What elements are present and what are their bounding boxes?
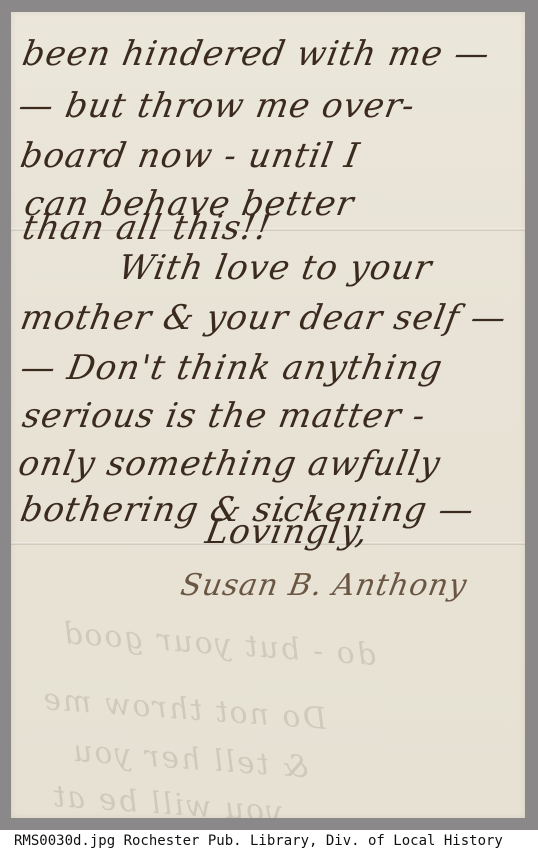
bleed-through-text: Do not throw me — [40, 682, 328, 737]
letter-line: board now - until I — [17, 136, 362, 176]
letter-line: only something awfully — [15, 444, 443, 484]
letter-line: mother & your dear self — — [17, 298, 509, 338]
letter-line: been hindered with me — — [19, 34, 493, 74]
letter-line: With love to your — [115, 248, 435, 288]
image-caption: RMS0030d.jpg Rochester Pub. Library, Div… — [14, 830, 503, 852]
letter-line: — Don't think anything — [17, 348, 446, 388]
letter-closing: Lovingly, — [202, 512, 371, 552]
bleed-through-text: you will be at — [50, 779, 284, 818]
letter-line: than all this!! — [19, 208, 274, 248]
letter-signature: Susan B. Anthony — [178, 568, 470, 603]
bleed-through-text: do - but your good — [60, 616, 377, 673]
letter-line: serious is the matter - — [19, 396, 429, 436]
letter-line: — but throw me over- — [15, 86, 418, 126]
letter-page: do - but your good Do not throw me & tel… — [11, 12, 525, 818]
bleed-through-text: & tell her you — [70, 734, 310, 786]
